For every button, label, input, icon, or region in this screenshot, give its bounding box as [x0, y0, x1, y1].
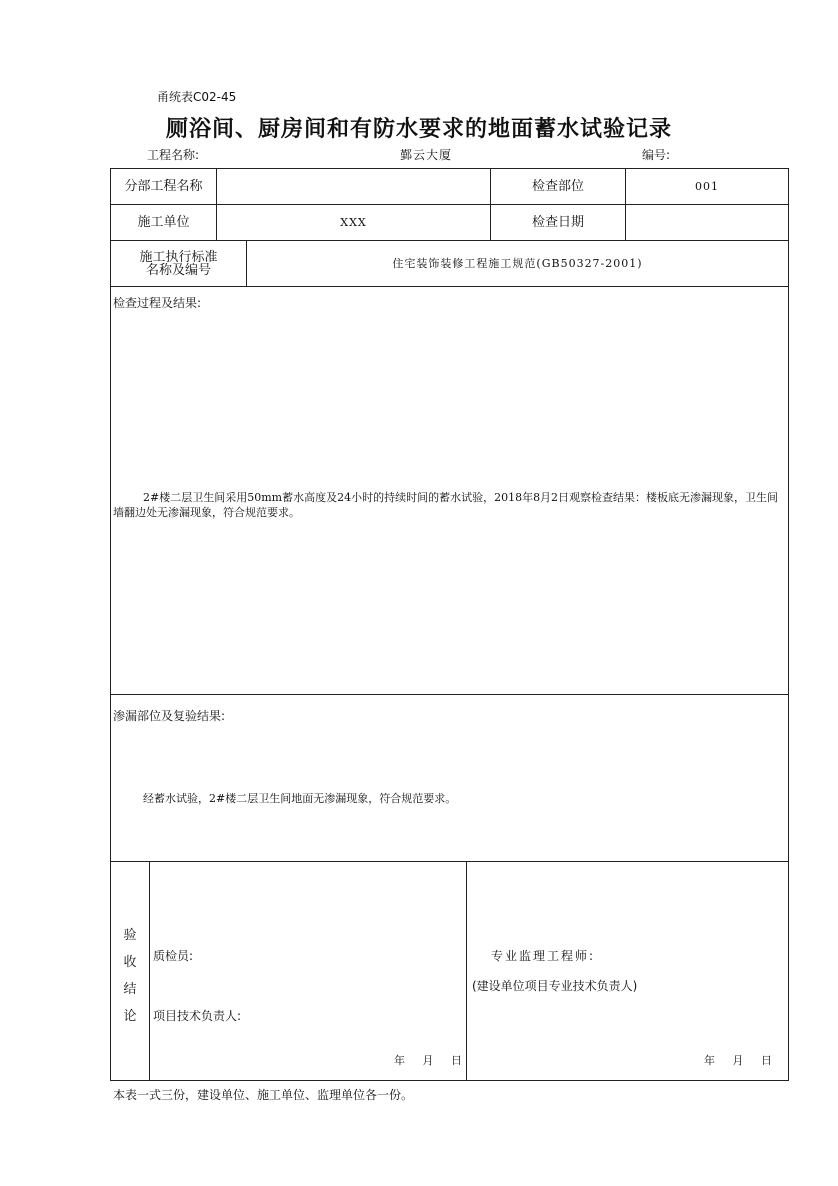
divider [111, 694, 788, 695]
quality-inspector-label: 质检员: [153, 947, 193, 964]
footer-note: 本表一式三份，建设单位、施工单位、监理单位各一份。 [113, 1086, 413, 1103]
left-date: 年 月 日 [394, 1052, 462, 1068]
standard-label-line2: 名称及编号 [146, 264, 211, 277]
owner-tech-lead-label: (建设单位项目专业技术负责人) [472, 977, 637, 994]
leakage-label: 渗漏部位及复验结果: [113, 707, 225, 724]
contractor-label: 施工单位 [111, 205, 216, 240]
page-title: 厕浴间、厨房间和有防水要求的地面蓄水试验记录 [0, 112, 838, 143]
process-text[interactable]: 2#楼二层卫生间采用50mm蓄水高度及24小时的持续时间的蓄水试验，2018年8… [113, 490, 779, 520]
leakage-text[interactable]: 经蓄水试验，2#楼二层卫生间地面无渗漏现象，符合规范要求。 [143, 791, 763, 806]
supervisor-label: 专业监理工程师: [491, 947, 595, 964]
standard-value[interactable]: 住宅装饰装修工程施工规范(GB50327-2001) [247, 241, 788, 286]
divider [111, 286, 788, 287]
record-table: 分部工程名称 检查部位 001 施工单位 XXX 检查日期 施工执行标准 名称及… [110, 168, 789, 1081]
inspect-part-label: 检查部位 [491, 169, 625, 204]
sub-project-label: 分部工程名称 [111, 169, 216, 204]
project-name-value: 鄞云大厦 [400, 146, 452, 163]
standard-label-line1: 施工执行标准 [139, 251, 217, 264]
acceptance-vertical-label: 验 收 结 论 [111, 922, 149, 1030]
process-label: 检查过程及结果: [113, 294, 201, 311]
right-date: 年 月 日 [704, 1052, 772, 1068]
contractor-value[interactable]: XXX [217, 205, 490, 240]
project-tech-lead-label: 项目技术负责人: [153, 1007, 241, 1024]
project-name-label: 工程名称: [147, 146, 199, 163]
standard-label: 施工执行标准 名称及编号 [111, 241, 246, 286]
form-code: 甬统表C02-45 [157, 88, 236, 105]
divider [149, 861, 150, 1080]
inspect-date-value[interactable] [626, 205, 788, 240]
number-label: 编号: [642, 146, 670, 163]
divider [466, 861, 467, 1080]
inspect-part-value[interactable]: 001 [626, 169, 788, 204]
inspect-date-label: 检查日期 [491, 205, 625, 240]
divider [111, 861, 788, 862]
sub-project-value[interactable] [217, 169, 490, 204]
